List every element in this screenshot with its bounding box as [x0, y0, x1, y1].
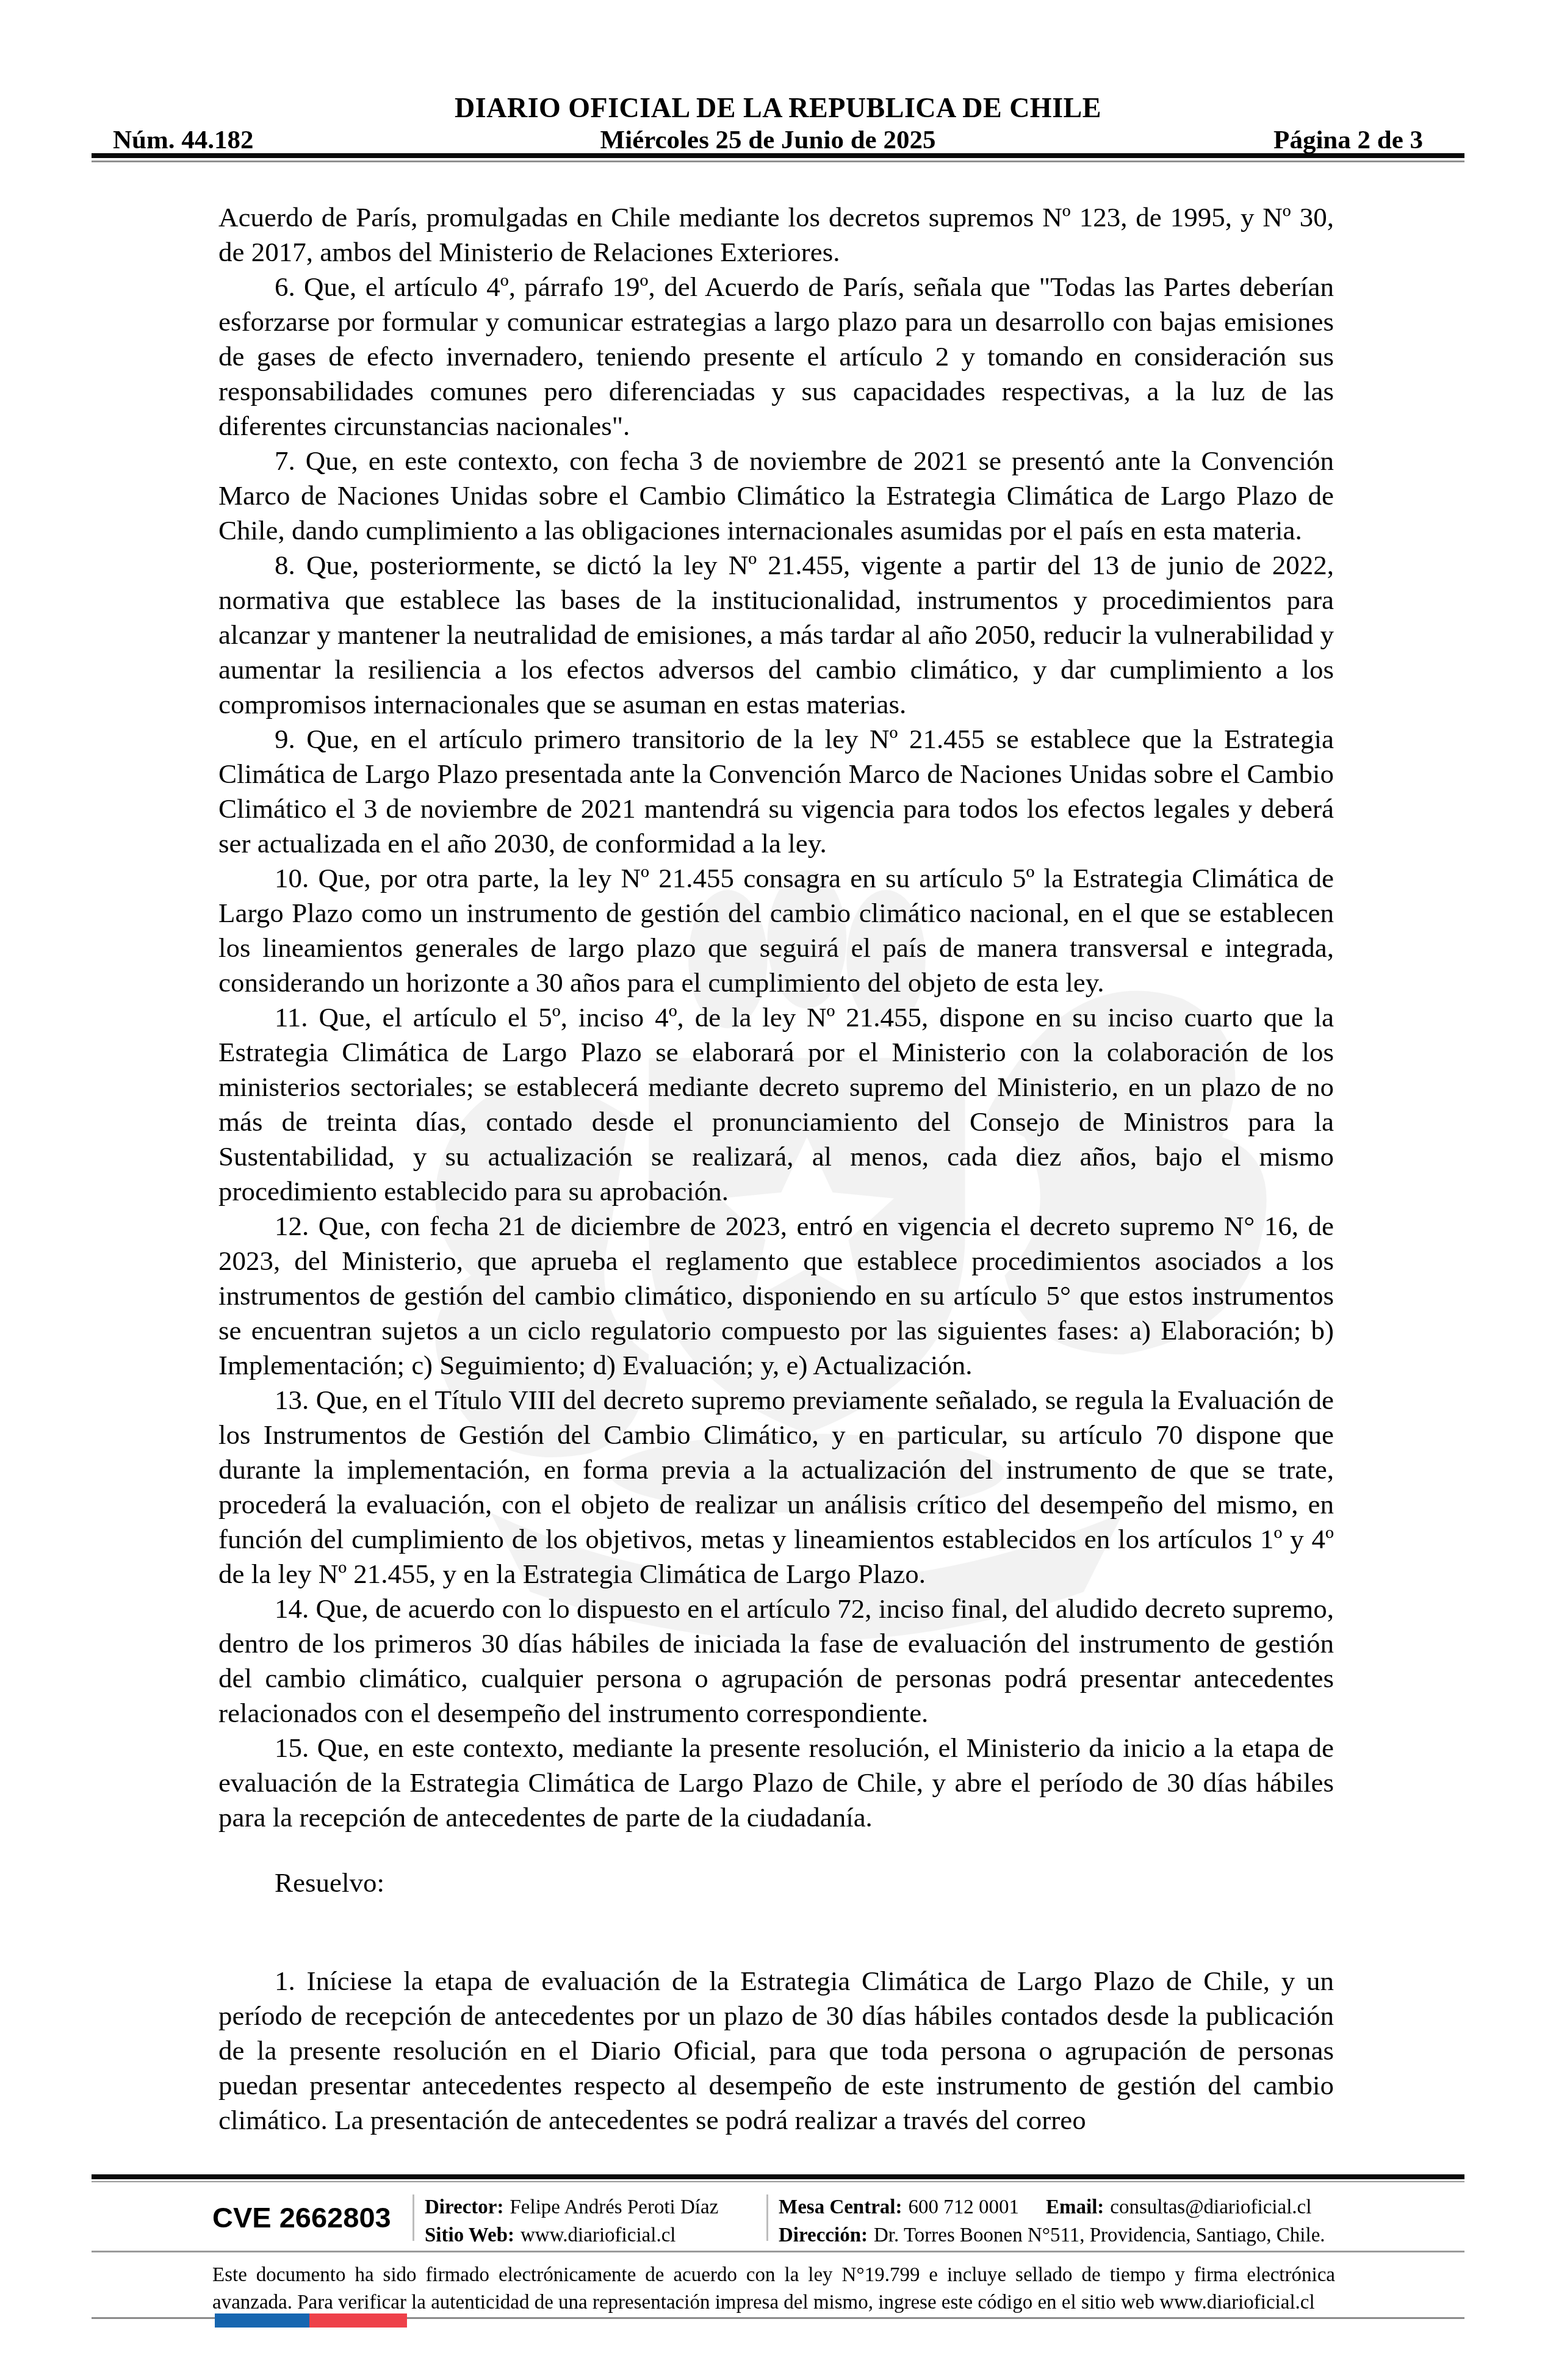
- page-indicator: Página 2 de 3: [1273, 126, 1423, 155]
- document-body: Acuerdo de París, promulgadas en Chile m…: [218, 200, 1334, 2138]
- paragraph-considerando-11: 11. Que, el artículo el 5º, inciso 4º, d…: [218, 1000, 1334, 1209]
- newspaper-title: DIARIO OFICIAL DE LA REPUBLICA DE CHILE: [0, 93, 1556, 123]
- cve-code: CVE 2662803: [212, 2201, 391, 2234]
- paragraph-considerando-13: 13. Que, en el Título VIII del decreto s…: [218, 1383, 1334, 1592]
- paragraph-considerando-12: 12. Que, con fecha 21 de diciembre de 20…: [218, 1209, 1334, 1383]
- director-value: Felipe Andrés Peroti Díaz: [510, 2196, 718, 2218]
- paragraph-considerando-9: 9. Que, en el artículo primero transitor…: [218, 722, 1334, 861]
- paragraph-considerando-6: 6. Que, el artículo 4º, párrafo 19º, del…: [218, 270, 1334, 444]
- flag-blue-segment: [215, 2313, 309, 2328]
- footer-divider: [412, 2194, 414, 2241]
- footer-contact-block: Mesa Central:600 712 0001Email:consultas…: [779, 2193, 1325, 2249]
- paragraph-considerando-7: 7. Que, en este contexto, con fecha 3 de…: [218, 444, 1334, 548]
- disclaimer-top-rule: [92, 2251, 1464, 2252]
- paragraph-considerando-14: 14. Que, de acuerdo con lo dispuesto en …: [218, 1592, 1334, 1731]
- gazette-page: DIARIO OFICIAL DE LA REPUBLICA DE CHILE …: [0, 0, 1556, 2380]
- footer-divider: [766, 2194, 768, 2241]
- signature-disclaimer: Este documento ha sido firmado electróni…: [212, 2262, 1335, 2317]
- sitio-web-line: Sitio Web:www.diarioficial.cl: [425, 2221, 718, 2249]
- sitio-web-label: Sitio Web:: [425, 2224, 514, 2246]
- header-rule: [92, 153, 1464, 158]
- footer-director-block: Director:Felipe Andrés Peroti Díaz Sitio…: [425, 2193, 718, 2249]
- chile-flag-bar: [215, 2313, 407, 2328]
- mesa-central-value: 600 712 0001: [909, 2196, 1020, 2218]
- footer-rule: [92, 2174, 1464, 2179]
- sitio-web-value: www.diarioficial.cl: [520, 2224, 675, 2246]
- paragraph-continuation: Acuerdo de París, promulgadas en Chile m…: [218, 200, 1334, 270]
- edition-date: Miércoles 25 de Junio de 2025: [113, 126, 1423, 155]
- direccion-value: Dr. Torres Boonen N°511, Providencia, Sa…: [874, 2224, 1325, 2246]
- resuelvo-heading: Resuelvo:: [218, 1866, 1334, 1900]
- flag-red-segment: [309, 2313, 407, 2328]
- mesa-central-label: Mesa Central:: [779, 2196, 902, 2218]
- paragraph-resolutivo-1: 1. Iníciese la etapa de evaluación de la…: [218, 1964, 1334, 2138]
- direccion-label: Dirección:: [779, 2224, 868, 2246]
- paragraph-considerando-8: 8. Que, posteriormente, se dictó la ley …: [218, 548, 1334, 722]
- director-label: Director:: [425, 2196, 503, 2218]
- footer-rule-shadow: [92, 2181, 1464, 2182]
- director-line: Director:Felipe Andrés Peroti Díaz: [425, 2193, 718, 2221]
- email-label: Email:: [1046, 2196, 1104, 2218]
- paragraph-considerando-15: 15. Que, en este contexto, mediante la p…: [218, 1731, 1334, 1835]
- paragraph-considerando-10: 10. Que, por otra parte, la ley Nº 21.45…: [218, 861, 1334, 1000]
- email-value: consultas@diarioficial.cl: [1110, 2196, 1311, 2218]
- mesa-central-line: Mesa Central:600 712 0001Email:consultas…: [779, 2193, 1325, 2221]
- direccion-line: Dirección:Dr. Torres Boonen N°511, Provi…: [779, 2221, 1325, 2249]
- header-rule-shadow: [92, 160, 1464, 162]
